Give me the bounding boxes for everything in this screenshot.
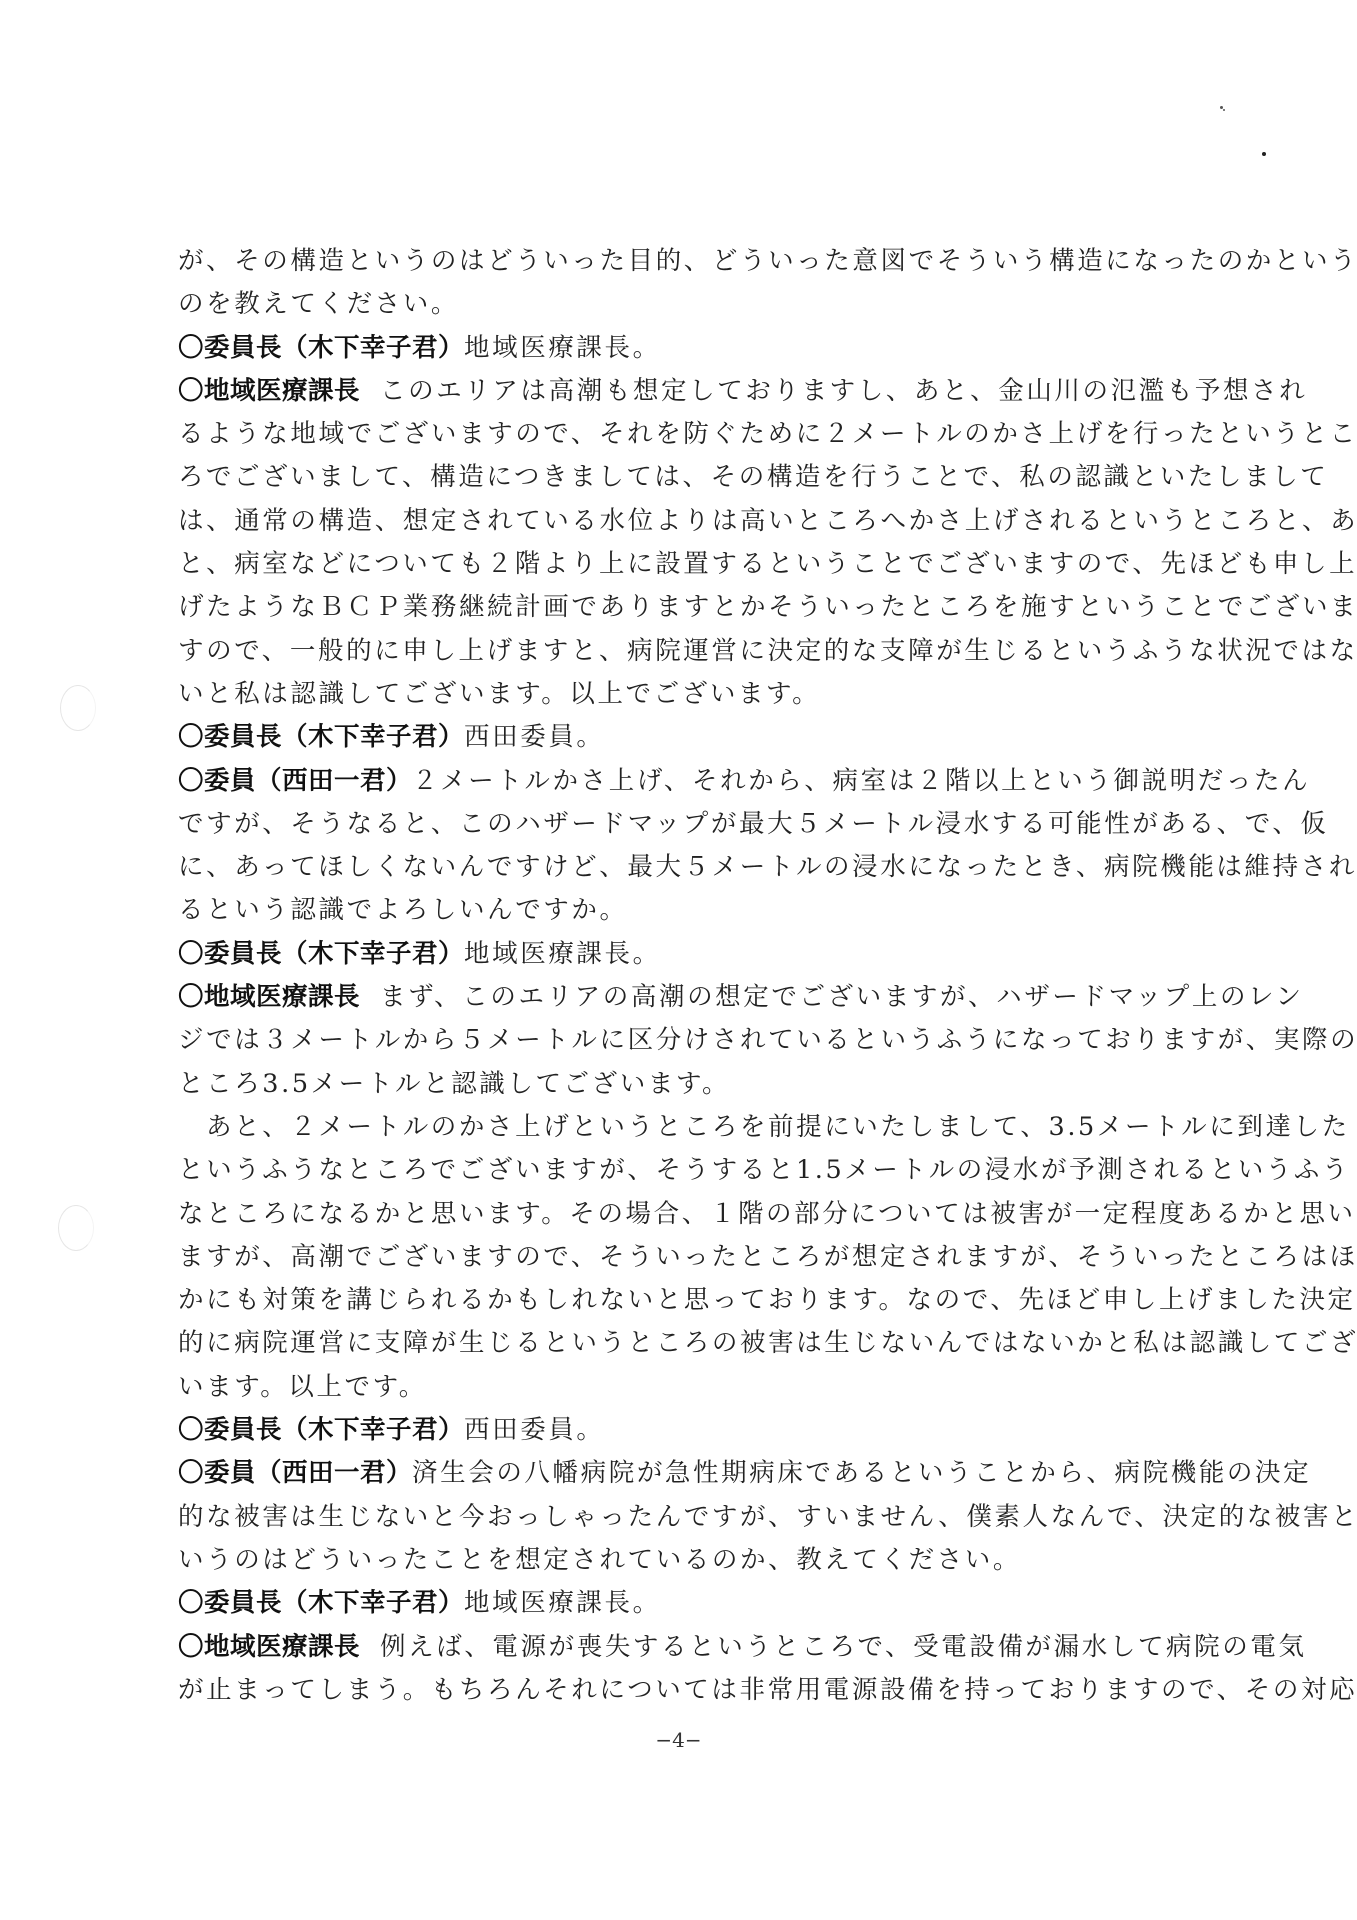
text-line: いと私は認識してございます。以上でございます。 xyxy=(178,673,1178,716)
text-line: います。以上です。 xyxy=(178,1366,1178,1409)
speaker-label: 〇委員長（木下幸子君） xyxy=(178,722,464,752)
text-line: 的に病院運営に支障が生じるというところの被害は生じないんではないかと私は認識して… xyxy=(178,1322,1178,1365)
speaker-line: 〇地域医療課長まず、このエリアの高潮の想定でございますが、ハザードマップ上のレン xyxy=(178,976,1178,1019)
speaker-line: 〇委員（西田一君）済生会の八幡病院が急性期病床であるということから、病院機能の決… xyxy=(178,1452,1178,1495)
line-text: が止まってしまう。もちろんそれについては非常用電源設備を持っておりますので、その… xyxy=(178,1675,1357,1705)
speaker-line: 〇委員長（木下幸子君）西田委員。 xyxy=(178,1409,1178,1452)
document-page: が、その構造というのはどういった目的、どういった意図でそういう構造になったのかと… xyxy=(0,0,1357,1920)
line-text: が、その構造というのはどういった目的、どういった意図でそういう構造になったのかと… xyxy=(178,246,1357,276)
line-text: 地域医療課長。 xyxy=(464,1588,661,1618)
line-text: 西田委員。 xyxy=(464,722,605,752)
line-text: ジでは３メートルから５メートルに区分けされているというふうになっておりますが、実… xyxy=(178,1025,1357,1055)
punch-hole-shadow xyxy=(60,685,96,731)
line-text: というふうなところでございますが、そうすると1.5メートルの浸水が予測されるとい… xyxy=(178,1155,1350,1185)
line-text: あと、２メートルのかさ上げというところを前提にいたしまして、3.5メートルに到達… xyxy=(206,1112,1350,1142)
speaker-label: 〇地域医療課長 xyxy=(178,982,360,1012)
line-text: いと私は認識してございます。以上でございます。 xyxy=(178,679,820,709)
text-line: と、病室などについても２階より上に設置するということでございますので、先ほども申… xyxy=(178,543,1178,586)
speaker-label: 〇委員長（木下幸子君） xyxy=(178,1588,464,1618)
text-line: が止まってしまう。もちろんそれについては非常用電源設備を持っておりますので、その… xyxy=(178,1669,1178,1712)
text-line: あと、２メートルのかさ上げというところを前提にいたしまして、3.5メートルに到達… xyxy=(178,1106,1178,1149)
scan-speck xyxy=(1223,109,1225,111)
line-text: います。以上です。 xyxy=(178,1372,427,1402)
line-text: ろでございまして、構造につきましては、その構造を行うことで、私の認識といたしまし… xyxy=(178,462,1328,492)
line-text: に、あってほしくないんですけど、最大５メートルの浸水になったとき、病院機能は維持… xyxy=(178,852,1357,882)
punch-hole-shadow xyxy=(58,1205,94,1251)
line-text: げたようなＢＣＰ業務継続計画でありますとかそういったところを施すということでござ… xyxy=(178,592,1357,622)
line-text: は、通常の構造、想定されている水位よりは高いところへかさ上げされるというところと… xyxy=(178,506,1357,536)
speaker-line: 〇委員（西田一君）２メートルかさ上げ、それから、病室は２階以上という御説明だった… xyxy=(178,760,1178,803)
line-text: まず、このエリアの高潮の想定でございますが、ハザードマップ上のレン xyxy=(380,982,1304,1012)
text-line: は、通常の構造、想定されている水位よりは高いところへかさ上げされるというところと… xyxy=(178,500,1178,543)
text-line: すので、一般的に申し上げますと、病院運営に決定的な支障が生じるというふうな状況で… xyxy=(178,630,1178,673)
scan-speck xyxy=(1262,152,1266,156)
speaker-label: 〇委員長（木下幸子君） xyxy=(178,939,464,969)
line-text: ですが、そうなると、このハザードマップが最大５メートル浸水する可能性がある、で、… xyxy=(178,809,1329,839)
text-line: ところ3.5メートルと認識してございます。 xyxy=(178,1063,1178,1106)
line-text: ２メートルかさ上げ、それから、病室は２階以上という御説明だったん xyxy=(412,766,1310,796)
line-text: 西田委員。 xyxy=(464,1415,605,1445)
line-text: ますが、高潮でございますので、そういったところが想定されますが、そういったところ… xyxy=(178,1242,1357,1272)
speaker-label: 〇委員（西田一君） xyxy=(178,766,412,796)
text-line: のを教えてください。 xyxy=(178,283,1178,326)
line-text: 地域医療課長。 xyxy=(464,333,661,363)
line-text: 例えば、電源が喪失するというところで、受電設備が漏水して病院の電気 xyxy=(380,1632,1307,1662)
line-text: すので、一般的に申し上げますと、病院運営に決定的な支障が生じるというふうな状況で… xyxy=(178,636,1357,666)
speaker-line: 〇委員長（木下幸子君）地域医療課長。 xyxy=(178,933,1178,976)
text-line: かにも対策を講じられるかもしれないと思っております。なので、先ほど申し上げました… xyxy=(178,1279,1178,1322)
line-text: 的に病院運営に支障が生じるというところの被害は生じないんではないかと私は認識して… xyxy=(178,1328,1357,1358)
speaker-label: 〇地域医療課長 xyxy=(178,1632,360,1662)
line-text: るような地域でございますので、それを防ぐために２メートルのかさ上げを行ったという… xyxy=(178,419,1357,449)
line-text: いうのはどういったことを想定されているのか、教えてください。 xyxy=(178,1545,1021,1575)
speaker-line: 〇地域医療課長例えば、電源が喪失するというところで、受電設備が漏水して病院の電気 xyxy=(178,1626,1178,1669)
line-text: 済生会の八幡病院が急性期病床であるということから、病院機能の決定 xyxy=(412,1458,1311,1488)
line-text: かにも対策を講じられるかもしれないと思っております。なので、先ほど申し上げました… xyxy=(178,1285,1356,1315)
text-line: なところになるかと思います。その場合、１階の部分については被害が一定程度あるかと… xyxy=(178,1193,1178,1236)
line-text: 的な被害は生じないと今おっしゃったんですが、すいません、僕素人なんで、決定的な被… xyxy=(178,1502,1357,1532)
line-text: るという認識でよろしいんですか。 xyxy=(178,895,628,925)
text-line: に、あってほしくないんですけど、最大５メートルの浸水になったとき、病院機能は維持… xyxy=(178,846,1178,889)
line-text: このエリアは高潮も想定しておりますし、あと、金山川の氾濫も予想され xyxy=(380,376,1307,406)
speaker-line: 〇委員長（木下幸子君）西田委員。 xyxy=(178,716,1178,759)
text-line: が、その構造というのはどういった目的、どういった意図でそういう構造になったのかと… xyxy=(178,240,1178,283)
line-text: と、病室などについても２階より上に設置するということでございますので、先ほども申… xyxy=(178,549,1357,579)
text-line: るという認識でよろしいんですか。 xyxy=(178,889,1178,932)
transcript-body: が、その構造というのはどういった目的、どういった意図でそういう構造になったのかと… xyxy=(178,240,1178,1712)
speaker-line: 〇委員長（木下幸子君）地域医療課長。 xyxy=(178,327,1178,370)
line-text: のを教えてください。 xyxy=(178,289,459,319)
speaker-label: 〇委員長（木下幸子君） xyxy=(178,1415,464,1445)
speaker-line: 〇地域医療課長このエリアは高潮も想定しておりますし、あと、金山川の氾濫も予想され xyxy=(178,370,1178,413)
speaker-label: 〇委員（西田一君） xyxy=(178,1458,412,1488)
text-line: るような地域でございますので、それを防ぐために２メートルのかさ上げを行ったという… xyxy=(178,413,1178,456)
line-text: なところになるかと思います。その場合、１階の部分については被害が一定程度あるかと… xyxy=(178,1199,1356,1229)
text-line: 的な被害は生じないと今おっしゃったんですが、すいません、僕素人なんで、決定的な被… xyxy=(178,1496,1178,1539)
speaker-label: 〇委員長（木下幸子君） xyxy=(178,333,464,363)
speaker-label: 〇地域医療課長 xyxy=(178,376,360,406)
text-line: ますが、高潮でございますので、そういったところが想定されますが、そういったところ… xyxy=(178,1236,1178,1279)
speaker-line: 〇委員長（木下幸子君）地域医療課長。 xyxy=(178,1582,1178,1625)
text-line: というふうなところでございますが、そうすると1.5メートルの浸水が予測されるとい… xyxy=(178,1149,1178,1192)
text-line: ですが、そうなると、このハザードマップが最大５メートル浸水する可能性がある、で、… xyxy=(178,803,1178,846)
text-line: げたようなＢＣＰ業務継続計画でありますとかそういったところを施すということでござ… xyxy=(178,586,1178,629)
text-line: ろでございまして、構造につきましては、その構造を行うことで、私の認識といたしまし… xyxy=(178,456,1178,499)
text-line: ジでは３メートルから５メートルに区分けされているというふうになっておりますが、実… xyxy=(178,1019,1178,1062)
page-number: −4− xyxy=(0,1728,1357,1752)
text-line: いうのはどういったことを想定されているのか、教えてください。 xyxy=(178,1539,1178,1582)
line-text: ところ3.5メートルと認識してございます。 xyxy=(178,1069,730,1099)
line-text: 地域医療課長。 xyxy=(464,939,661,969)
